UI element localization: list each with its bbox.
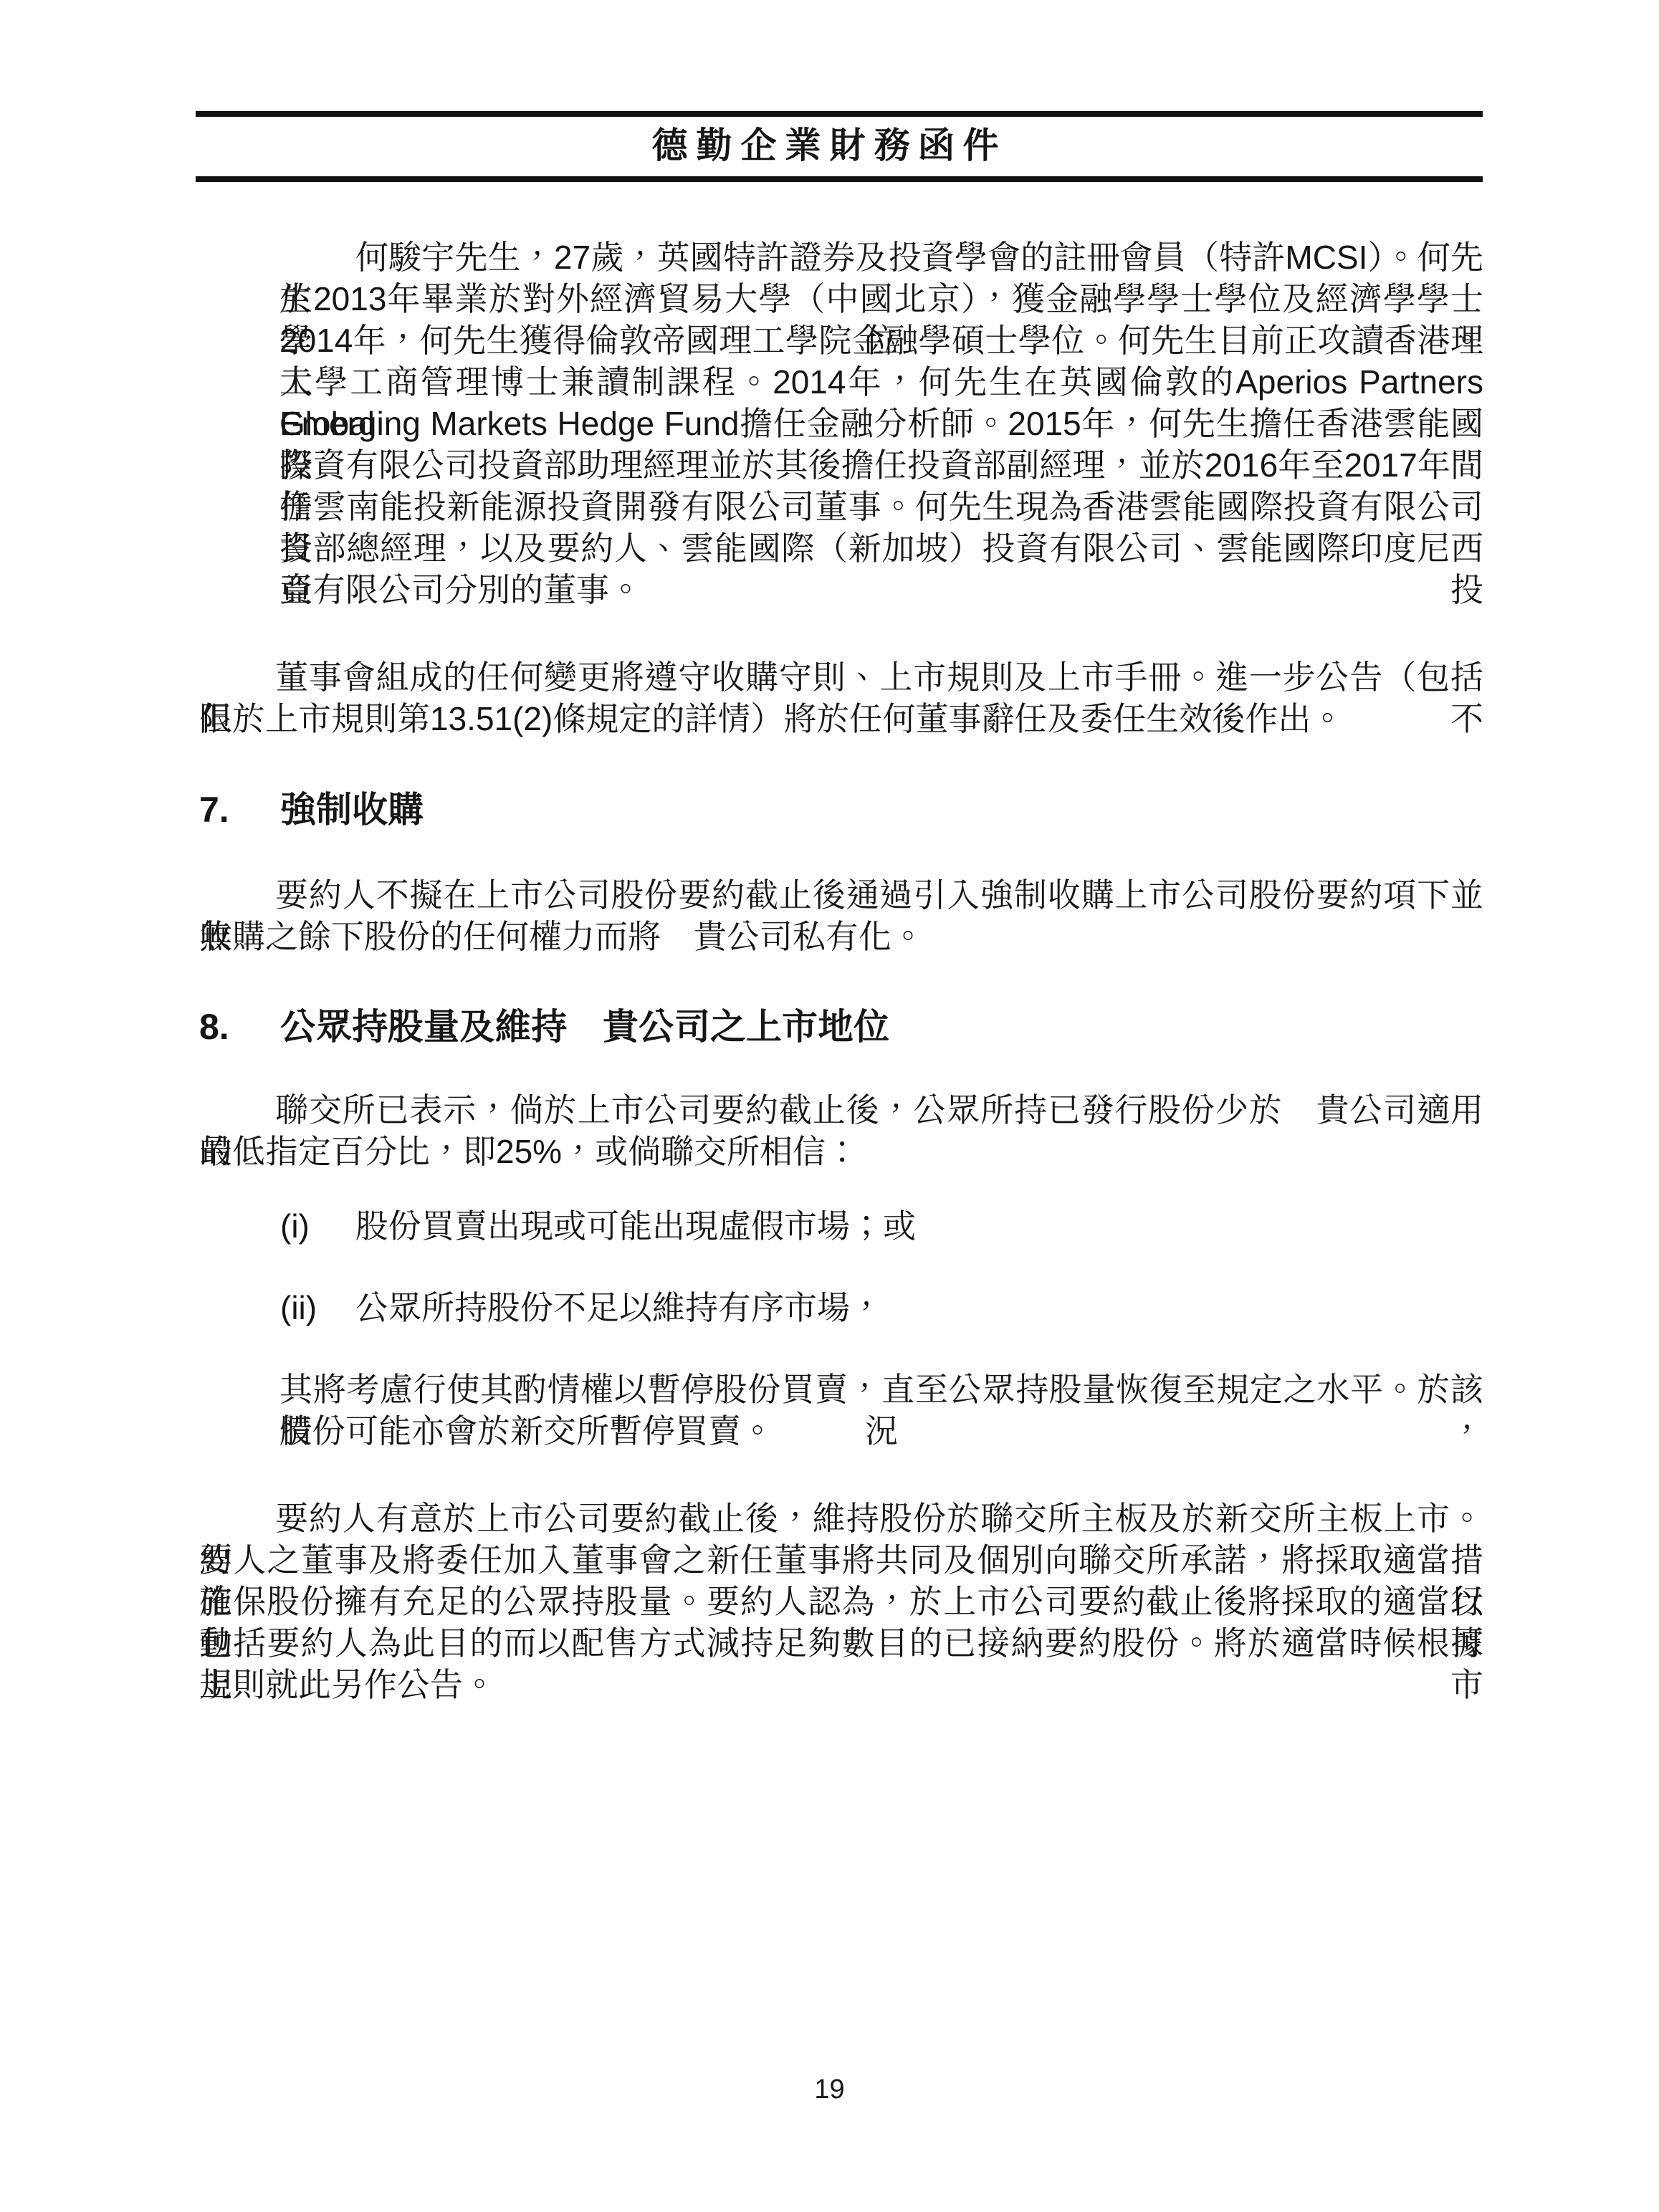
text-line: 任雲南能投新能源投資開發有限公司董事。何先生現為香港雲能國際投資有限公司投 xyxy=(279,486,1483,527)
list-item-ii: (ii) 公眾所持股份不足以維持有序市場， xyxy=(199,1287,1483,1328)
text-line: 包括要約人為此目的而以配售方式減持足夠數目的已接納要約股份。將於適當時候根據上市 xyxy=(199,1622,1483,1664)
document-header-title: 德勤企業財務函件 xyxy=(0,123,1659,168)
section-title: 強制收購 xyxy=(280,788,424,831)
public-float-intro-paragraph: 聯交所已表示，倘於上市公司要約截止後，公眾所持已發行股份少於 貴公司適用的 最低… xyxy=(199,1089,1483,1172)
section-number: 8. xyxy=(199,1005,229,1048)
section-8-heading: 8. 公眾持股量及維持 貴公司之上市地位 xyxy=(199,1005,1483,1048)
text-line: Emerging Markets Hedge Fund擔任金融分析師。2015年… xyxy=(279,403,1483,444)
section-number: 7. xyxy=(199,788,229,831)
compulsory-acquisition-paragraph: 要約人不擬在上市公司股份要約截止後通過引入強制收購上市公司股份要約項下並無 收購… xyxy=(199,874,1483,957)
maintain-listing-paragraph: 要約人有意於上市公司要約截止後，維持股份於聯交所主板及於新交所主板上市。要 約人… xyxy=(199,1498,1483,1705)
list-item-i: (i) 股份買賣出現或可能出現虛假市場；或 xyxy=(199,1205,1483,1247)
page-number: 19 xyxy=(0,2072,1659,2107)
board-changes-paragraph: 董事會組成的任何變更將遵守收購守則、上市規則及上市手冊。進一步公告（包括但不 限… xyxy=(199,656,1483,739)
text-line: 大學工商管理博士兼讀制課程。2014年，何先生在英國倫敦的Aperios Par… xyxy=(279,361,1483,403)
text-line: 收購之餘下股份的任何權力而將 貴公司私有化。 xyxy=(199,916,1483,957)
suspension-paragraph: 其將考慮行使其酌情權以暫停股份買賣，直至公眾持股量恢復至規定之水平。於該情況， … xyxy=(279,1369,1483,1452)
text-line: 約人之董事及將委任加入董事會之新任董事將共同及個別向聯交所承諾，將採取適當措施以 xyxy=(199,1539,1483,1581)
text-line: 確保股份擁有充足的公眾持股量。要約人認為，於上市公司要約截止後將採取的適當行動可 xyxy=(199,1581,1483,1622)
section-title: 公眾持股量及維持 貴公司之上市地位 xyxy=(280,1005,889,1048)
text-line: 聯交所已表示，倘於上市公司要約截止後，公眾所持已發行股份少於 貴公司適用的 xyxy=(199,1089,1483,1131)
text-line: 董事會組成的任何變更將遵守收購守則、上市規則及上市手冊。進一步公告（包括但不 xyxy=(199,656,1483,698)
text-line: 資部總經理，以及要約人、雲能國際（新加坡）投資有限公司、雲能國際印度尼西亞投 xyxy=(279,527,1483,569)
header-bottom-rule xyxy=(196,176,1483,182)
text-line: 要約人不擬在上市公司股份要約截止後通過引入強制收購上市公司股份要約項下並無 xyxy=(199,874,1483,916)
document-page: 德勤企業財務函件 何駿宇先生，27歲，英國特許證券及投資學會的註冊會員（特許MC… xyxy=(0,0,1659,2212)
text-line: 何駿宇先生，27歲，英國特許證券及投資學會的註冊會員（特許MCSI）。何先生 xyxy=(279,236,1483,278)
text-line: 要約人有意於上市公司要約截止後，維持股份於聯交所主板及於新交所主板上市。要 xyxy=(199,1498,1483,1539)
list-item-text: 公眾所持股份不足以維持有序市場， xyxy=(355,1287,1483,1328)
list-marker: (i) xyxy=(280,1205,310,1247)
header-top-rule xyxy=(196,111,1483,117)
text-line: 最低指定百分比，即25%，或倘聯交所相信： xyxy=(199,1131,1483,1172)
list-marker: (ii) xyxy=(280,1287,317,1328)
section-7-heading: 7. 強制收購 xyxy=(199,788,1483,831)
list-item-text: 股份買賣出現或可能出現虛假市場；或 xyxy=(355,1205,1483,1247)
text-line: 限於上市規則第13.51(2)條規定的詳情）將於任何董事辭任及委任生效後作出。 xyxy=(199,698,1483,739)
text-line: 2014年，何先生獲得倫敦帝國理工學院金融學碩士學位。何先生目前正攻讀香港理工 xyxy=(279,320,1483,361)
text-line: 於2013年畢業於對外經濟貿易大學（中國北京），獲金融學學士學位及經濟學學士學位… xyxy=(279,278,1483,320)
text-line: 投資有限公司投資部助理經理並於其後擔任投資部副經理，並於2016年至2017年間… xyxy=(279,444,1483,486)
director-bio-paragraph: 何駿宇先生，27歲，英國特許證券及投資學會的註冊會員（特許MCSI）。何先生 於… xyxy=(279,236,1483,611)
text-line: 其將考慮行使其酌情權以暫停股份買賣，直至公眾持股量恢復至規定之水平。於該情況， xyxy=(279,1369,1483,1410)
